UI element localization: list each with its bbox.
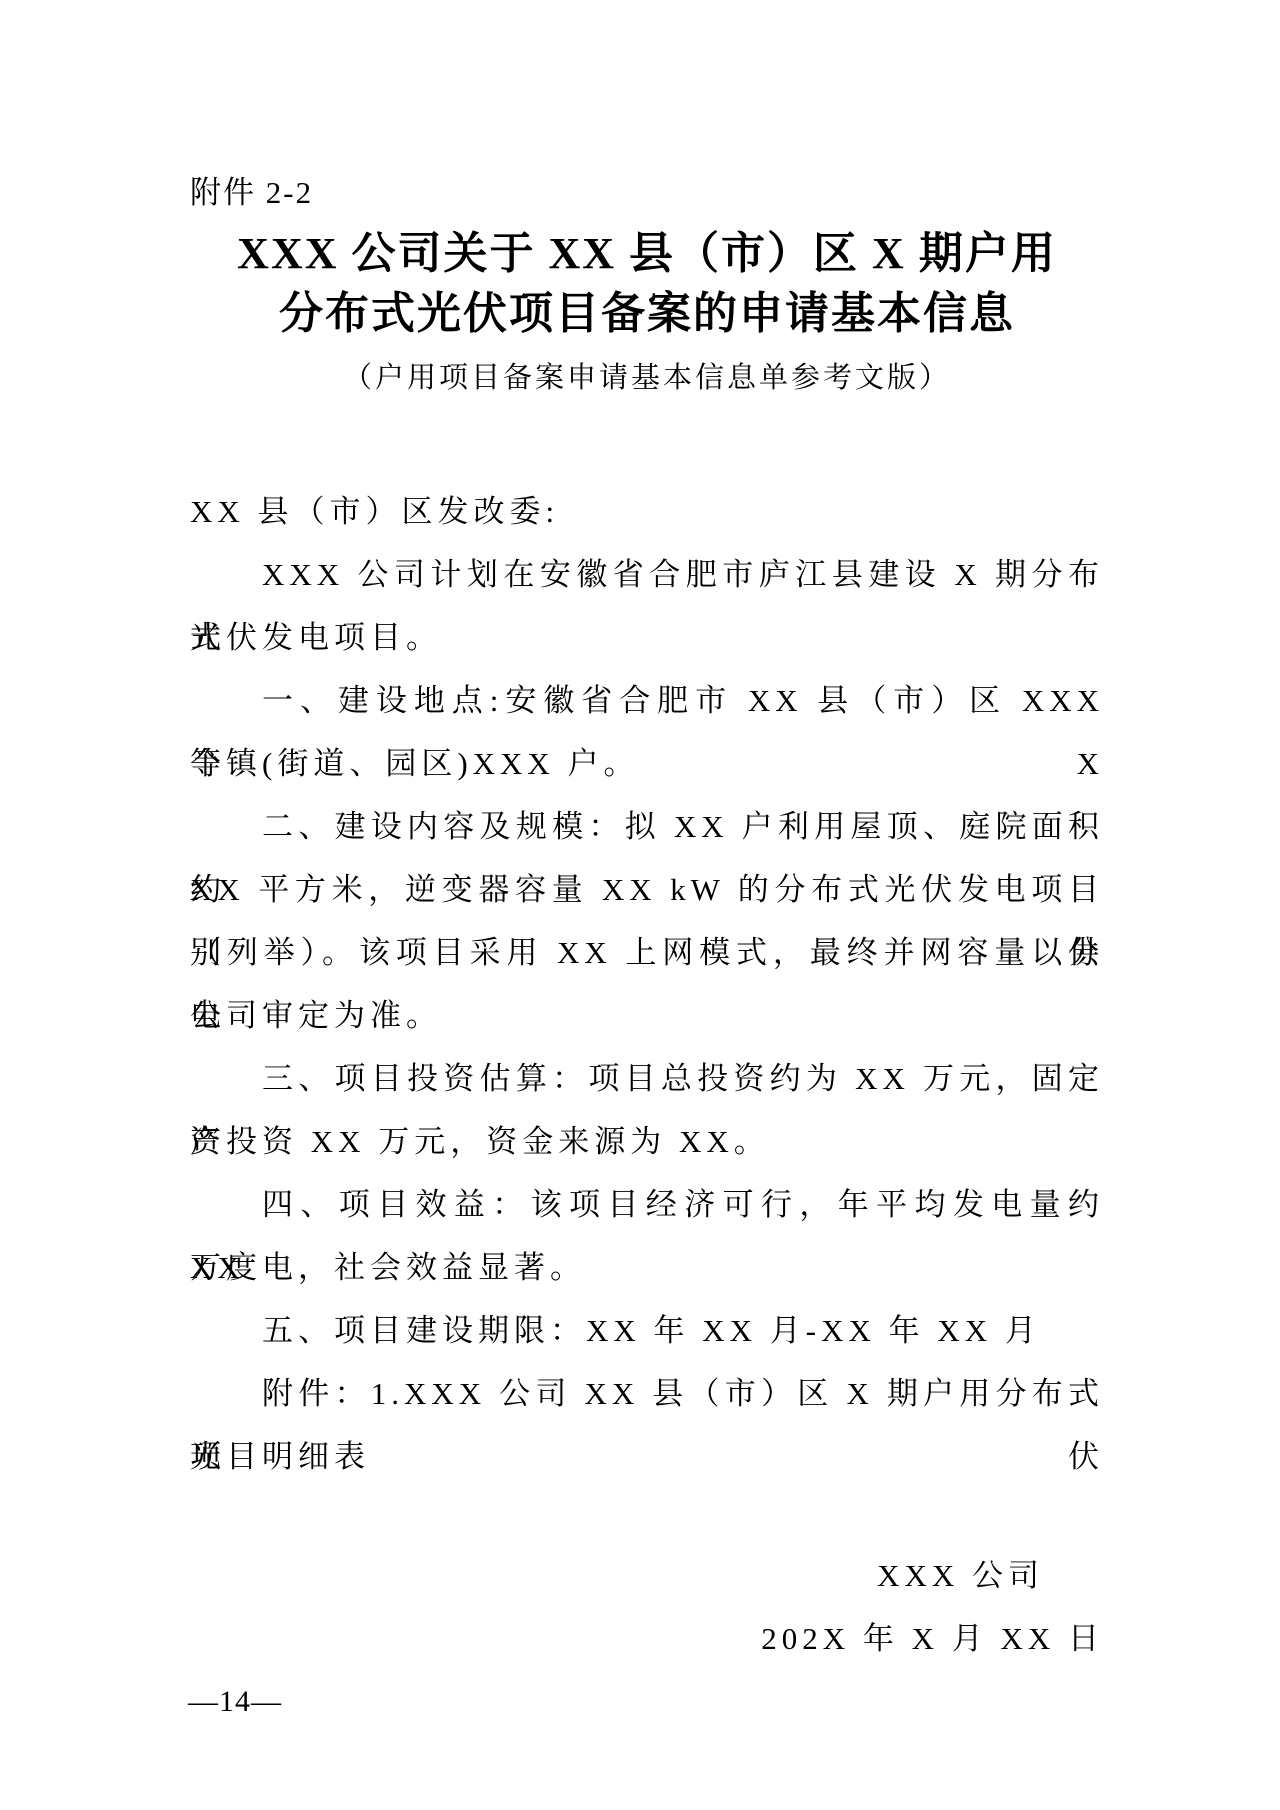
body-line: 产投资 XX 万元，资金来源为 XX。 <box>190 1110 1104 1173</box>
signature-company: XXX 公司 <box>761 1544 1104 1607</box>
body-line: 附件：1.XXX 公司 XX 县（市）区 X 期户用分布式光伏 <box>190 1362 1104 1425</box>
attachment-label: 附件 2-2 <box>190 172 313 214</box>
body-line: 五、项目建设期限：XX 年 XX 月-XX 年 XX 月 <box>190 1299 1104 1362</box>
document-title: XXX 公司关于 XX 县（市）区 X 期户用 分布式光伏项目备案的申请基本信息 <box>190 224 1104 344</box>
body-line: 光伏发电项目。 <box>190 606 1104 669</box>
body-line: 四、项目效益：该项目经济可行，年平均发电量约 XX <box>190 1173 1104 1236</box>
signature-block: XXX 公司 202X 年 X 月 XX 日 <box>761 1544 1104 1670</box>
signature-date: 202X 年 X 月 XX 日 <box>761 1607 1104 1670</box>
document-page: 附件 2-2 XXX 公司关于 XX 县（市）区 X 期户用 分布式光伏项目备案… <box>0 0 1280 1810</box>
body-line: 万度电，社会效益显著。 <box>190 1236 1104 1299</box>
salutation-line: XX 县（市）区发改委: <box>190 480 1104 543</box>
body-line: XX 平方米，逆变器容量 XX kW 的分布式光伏发电项目（分 <box>190 858 1104 921</box>
document-subtitle: （户用项目备案申请基本信息单参考文版） <box>190 358 1104 398</box>
document-body: XX 县（市）区发改委: XXX 公司计划在安徽省合肥市庐江县建设 X 期分布式… <box>190 480 1104 1488</box>
body-line: 别列举）。该项目采用 XX 上网模式，最终并网容量以供电 <box>190 921 1104 984</box>
body-line: 二、建设内容及规模：拟 XX 户利用屋顶、庭院面积约 <box>190 795 1104 858</box>
body-line: 一、建设地点:安徽省合肥市 XX 县（市）区 XXX 等 X <box>190 669 1104 732</box>
body-line: 公司审定为准。 <box>190 984 1104 1047</box>
body-line: 三、项目投资估算：项目总投资约为 XX 万元，固定资 <box>190 1047 1104 1110</box>
document-title-line2: 分布式光伏项目备案的申请基本信息 <box>190 284 1104 344</box>
body-line: XXX 公司计划在安徽省合肥市庐江县建设 X 期分布式 <box>190 543 1104 606</box>
page-number: —14— <box>188 1682 282 1722</box>
document-title-line1: XXX 公司关于 XX 县（市）区 X 期户用 <box>190 224 1104 284</box>
